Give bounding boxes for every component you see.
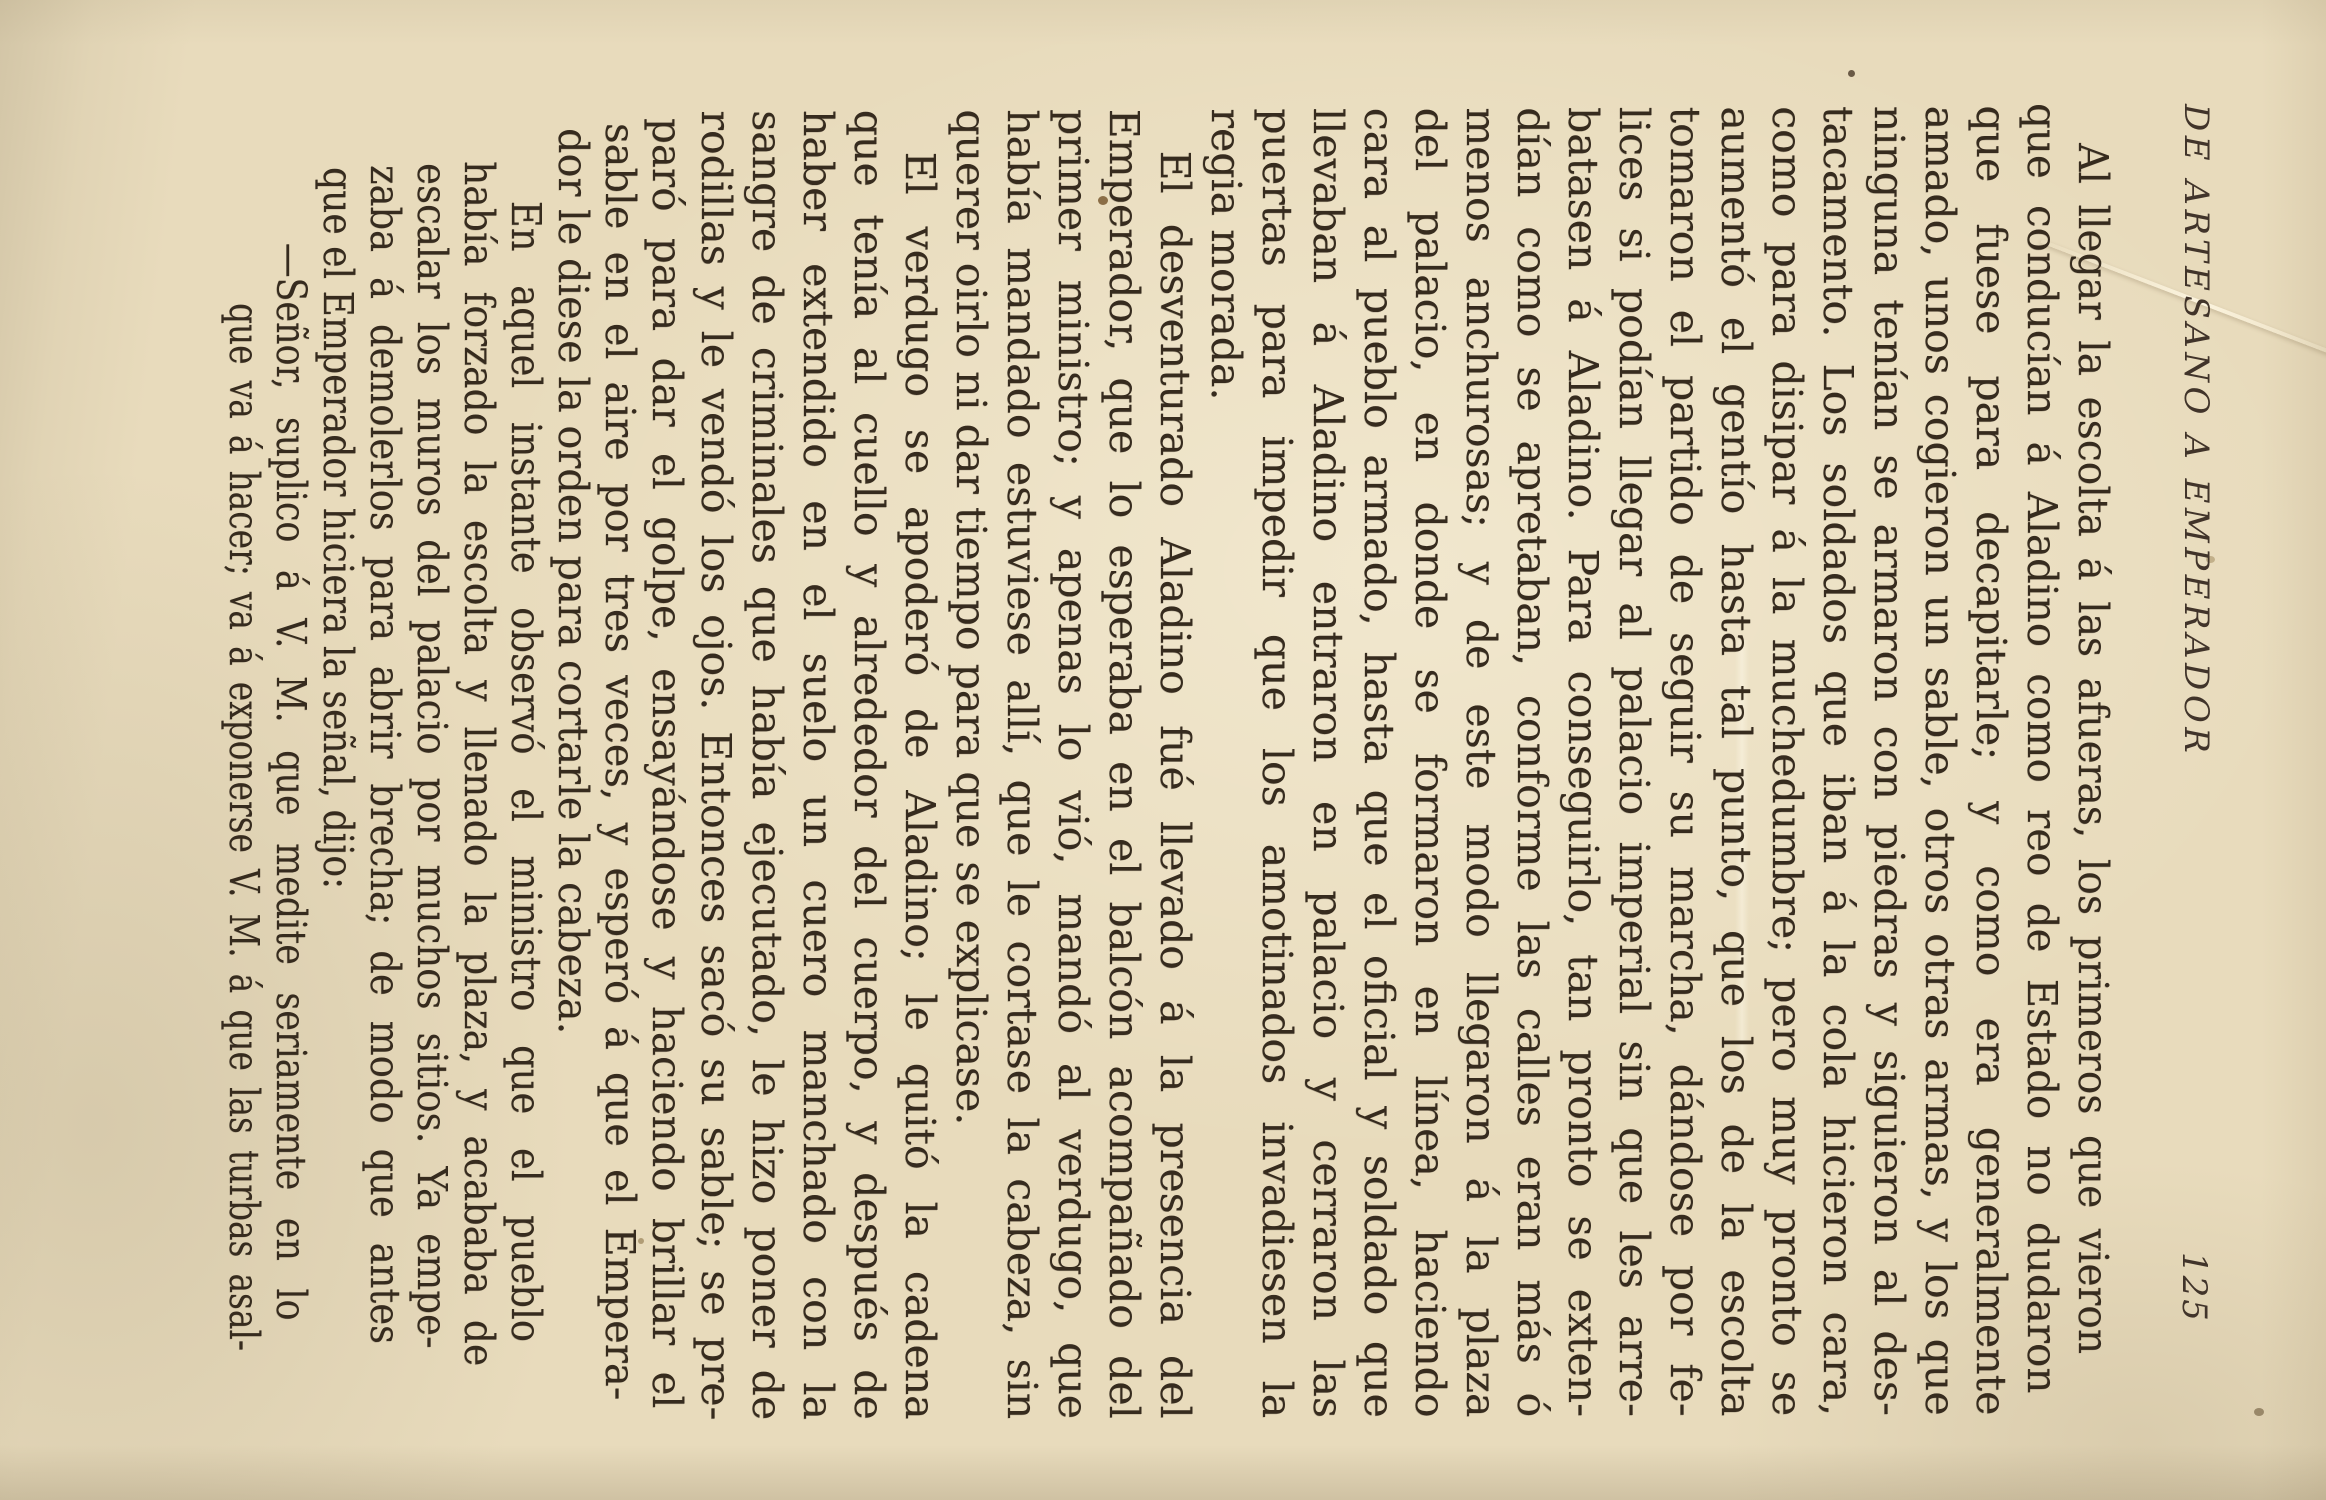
text-line: querer oirlo ni dar tiempo para que se e…: [945, 109, 996, 1419]
text-line: puertas para impedir que los amotinados …: [1251, 108, 1302, 1418]
text-line: que conducían á Aladino como reo de Esta…: [2016, 103, 2067, 1393]
text-line: tacamento. Los soldados que iban á la co…: [1812, 106, 1863, 1416]
text-line: paró para dar el golpe, ensayándose y ha…: [643, 118, 690, 1408]
running-title: DE ARTESANO A EMPERADOR: [2176, 104, 2216, 757]
text-line: había forzado la escolta y llenado la pl…: [455, 161, 502, 1366]
body-text: Al llegar la escolta á las afueras, los …: [220, 103, 2118, 1435]
text-line: llevaban á Aladino entraron en palacio y…: [1302, 108, 1353, 1418]
text-line: regia morada.: [1200, 108, 1251, 1418]
text-line: cara al pueblo armado, hasta que el ofic…: [1353, 108, 1404, 1418]
text-line: rodillas y le vendó los ojos. Entonces s…: [690, 110, 741, 1420]
text-line: que va á hacer; va á exponerse V. M. á q…: [220, 303, 267, 1351]
text-line: ninguna tenían se armaron con piedras y …: [1863, 106, 1914, 1416]
text-line: del palacio, en donde se formaron en lín…: [1404, 108, 1455, 1418]
text-line: que tenía al cuello y alrededor del cuer…: [843, 110, 894, 1420]
text-line: batasen á Aladino. Para conseguirlo, tan…: [1557, 107, 1608, 1417]
text-line: dían como se apretaban, conforme las cal…: [1506, 107, 1557, 1417]
scanned-book-page: DE ARTESANO A EMPERADOR 125 Al llegar la…: [0, 0, 2326, 1500]
text-line: tomaron el partido de seguir su marcha, …: [1659, 107, 1710, 1417]
text-line: había mandado estuviese allí, que le cor…: [996, 109, 1047, 1419]
text-line: escalar los muros del palacio por muchos…: [408, 163, 455, 1349]
text-line: El desventurado Aladino fué llevado á la…: [1149, 109, 1200, 1419]
text-line: menos anchurosas; y de este modo llegaro…: [1455, 107, 1506, 1417]
text-line: Emperador, que lo esperaba en el balcón …: [1098, 109, 1149, 1419]
text-line: aumentó el gentío hasta tal punto, que l…: [1710, 106, 1761, 1416]
text-line: que el Emperador hiciera la señal, dijo:: [314, 167, 361, 1320]
text-line: En aquel instante observó el ministro qu…: [502, 163, 549, 1342]
text-line: sable en el aire por tres veces, y esper…: [596, 123, 643, 1400]
text-line: como para disipar á la muchedumbre; pero…: [1761, 106, 1812, 1416]
text-line: dor le diese la orden para cortarle la c…: [549, 128, 596, 1399]
text-line: Al llegar la escolta á las afueras, los …: [2067, 103, 2118, 1354]
page-number: 125: [2174, 1252, 2214, 1323]
text-line: zaba á demolerlos para abrir brecha; de …: [361, 165, 408, 1344]
text-line: primer ministro; y apenas lo vió, mandó …: [1047, 109, 1098, 1419]
text-line: lices si podían llegar al palacio imperi…: [1608, 107, 1659, 1417]
text-line: haber extendido en el suelo un cuero man…: [792, 110, 843, 1420]
text-line: El verdugo se apoderó de Aladino; le qui…: [894, 110, 945, 1420]
text-line: sangre de criminales que había ejecutado…: [741, 110, 792, 1420]
text-line: que fuese para decapitarle; y como era g…: [1965, 105, 2016, 1415]
page-header: DE ARTESANO A EMPERADOR 125: [2156, 0, 2222, 1500]
text-line: —Señor, suplico á V. M. que medite seria…: [267, 207, 314, 1321]
rotated-page-content: DE ARTESANO A EMPERADOR 125 Al llegar la…: [0, 0, 2326, 1500]
text-line: amado, unos cogieron un sable, otros otr…: [1914, 106, 1965, 1416]
